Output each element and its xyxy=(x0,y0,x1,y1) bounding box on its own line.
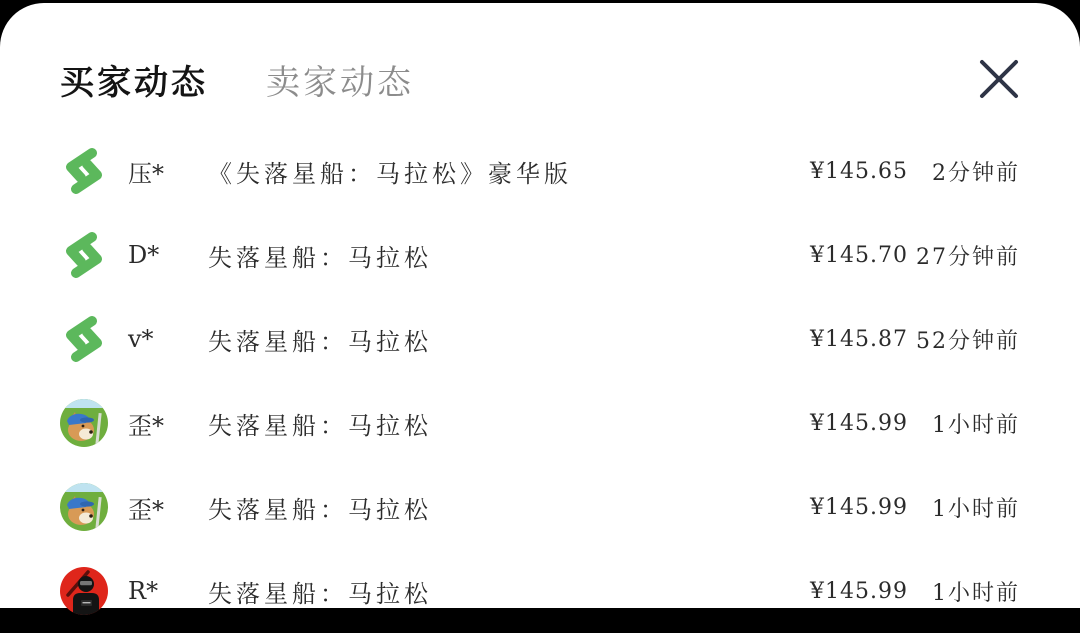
shiba-dog-avatar xyxy=(60,483,108,531)
row-price: ¥145.99 xyxy=(810,411,908,436)
activity-row[interactable]: 歪* 失落星船：马拉松 ¥145.99 1小时前 xyxy=(60,381,1020,465)
row-time: 27分钟前 xyxy=(908,240,1020,271)
row-avatar xyxy=(60,567,108,608)
activity-row[interactable]: 歪* 失落星船：马拉松 ¥145.99 1小时前 xyxy=(60,465,1020,549)
row-username: v* xyxy=(128,325,208,353)
row-avatar xyxy=(60,147,108,195)
row-price: ¥145.99 xyxy=(810,495,908,520)
row-avatar xyxy=(60,231,108,279)
default-avatar-logo-icon xyxy=(60,147,108,195)
row-avatar xyxy=(60,315,108,363)
row-item-name: 失落星船：马拉松 xyxy=(208,406,810,441)
row-item-name: 失落星船：马拉松 xyxy=(208,238,810,273)
tab-seller-activity[interactable]: 卖家动态 xyxy=(266,55,414,104)
tab-buyer-activity[interactable]: 买家动态 xyxy=(60,55,208,104)
row-item-name: 失落星船：马拉松 xyxy=(208,574,810,609)
row-username: 压* xyxy=(128,154,208,189)
activity-row[interactable]: D* 失落星船：马拉松 ¥145.70 27分钟前 xyxy=(60,213,1020,297)
row-price: ¥145.99 xyxy=(810,579,908,604)
close-button[interactable] xyxy=(976,56,1022,102)
bottom-sheet-modal: 买家动态 卖家动态 压* 《失落星船：马拉松》豪华版 ¥145.65 2分钟前 xyxy=(0,3,1080,608)
activity-row[interactable]: 压* 《失落星船：马拉松》豪华版 ¥145.65 2分钟前 xyxy=(60,129,1020,213)
activity-list: 压* 《失落星船：马拉松》豪华版 ¥145.65 2分钟前 D* 失落星船：马拉… xyxy=(60,129,1020,608)
row-username: 歪* xyxy=(128,490,208,525)
row-time: 52分钟前 xyxy=(908,324,1020,355)
row-time: 1小时前 xyxy=(908,576,1020,607)
row-avatar xyxy=(60,399,108,447)
row-username: 歪* xyxy=(128,406,208,441)
modal-header: 买家动态 卖家动态 xyxy=(60,55,1020,103)
activity-row[interactable]: R* 失落星船：马拉松 ¥145.99 1小时前 xyxy=(60,549,1020,608)
row-username: D* xyxy=(128,241,208,269)
row-price: ¥145.70 xyxy=(810,243,908,268)
row-price: ¥145.65 xyxy=(810,159,908,184)
row-time: 1小时前 xyxy=(908,408,1020,439)
shiba-dog-avatar xyxy=(60,399,108,447)
row-item-name: 失落星船：马拉松 xyxy=(208,490,810,525)
ninja-red-avatar xyxy=(60,567,108,608)
tab-bar: 买家动态 卖家动态 xyxy=(60,55,414,104)
row-username: R* xyxy=(128,577,208,605)
row-price: ¥145.87 xyxy=(810,327,908,352)
close-icon xyxy=(976,56,1022,102)
activity-row[interactable]: v* 失落星船：马拉松 ¥145.87 52分钟前 xyxy=(60,297,1020,381)
row-time: 1小时前 xyxy=(908,492,1020,523)
default-avatar-logo-icon xyxy=(60,315,108,363)
row-time: 2分钟前 xyxy=(908,156,1020,187)
row-item-name: 《失落星船：马拉松》豪华版 xyxy=(208,154,810,189)
default-avatar-logo-icon xyxy=(60,231,108,279)
row-item-name: 失落星船：马拉松 xyxy=(208,322,810,357)
row-avatar xyxy=(60,483,108,531)
